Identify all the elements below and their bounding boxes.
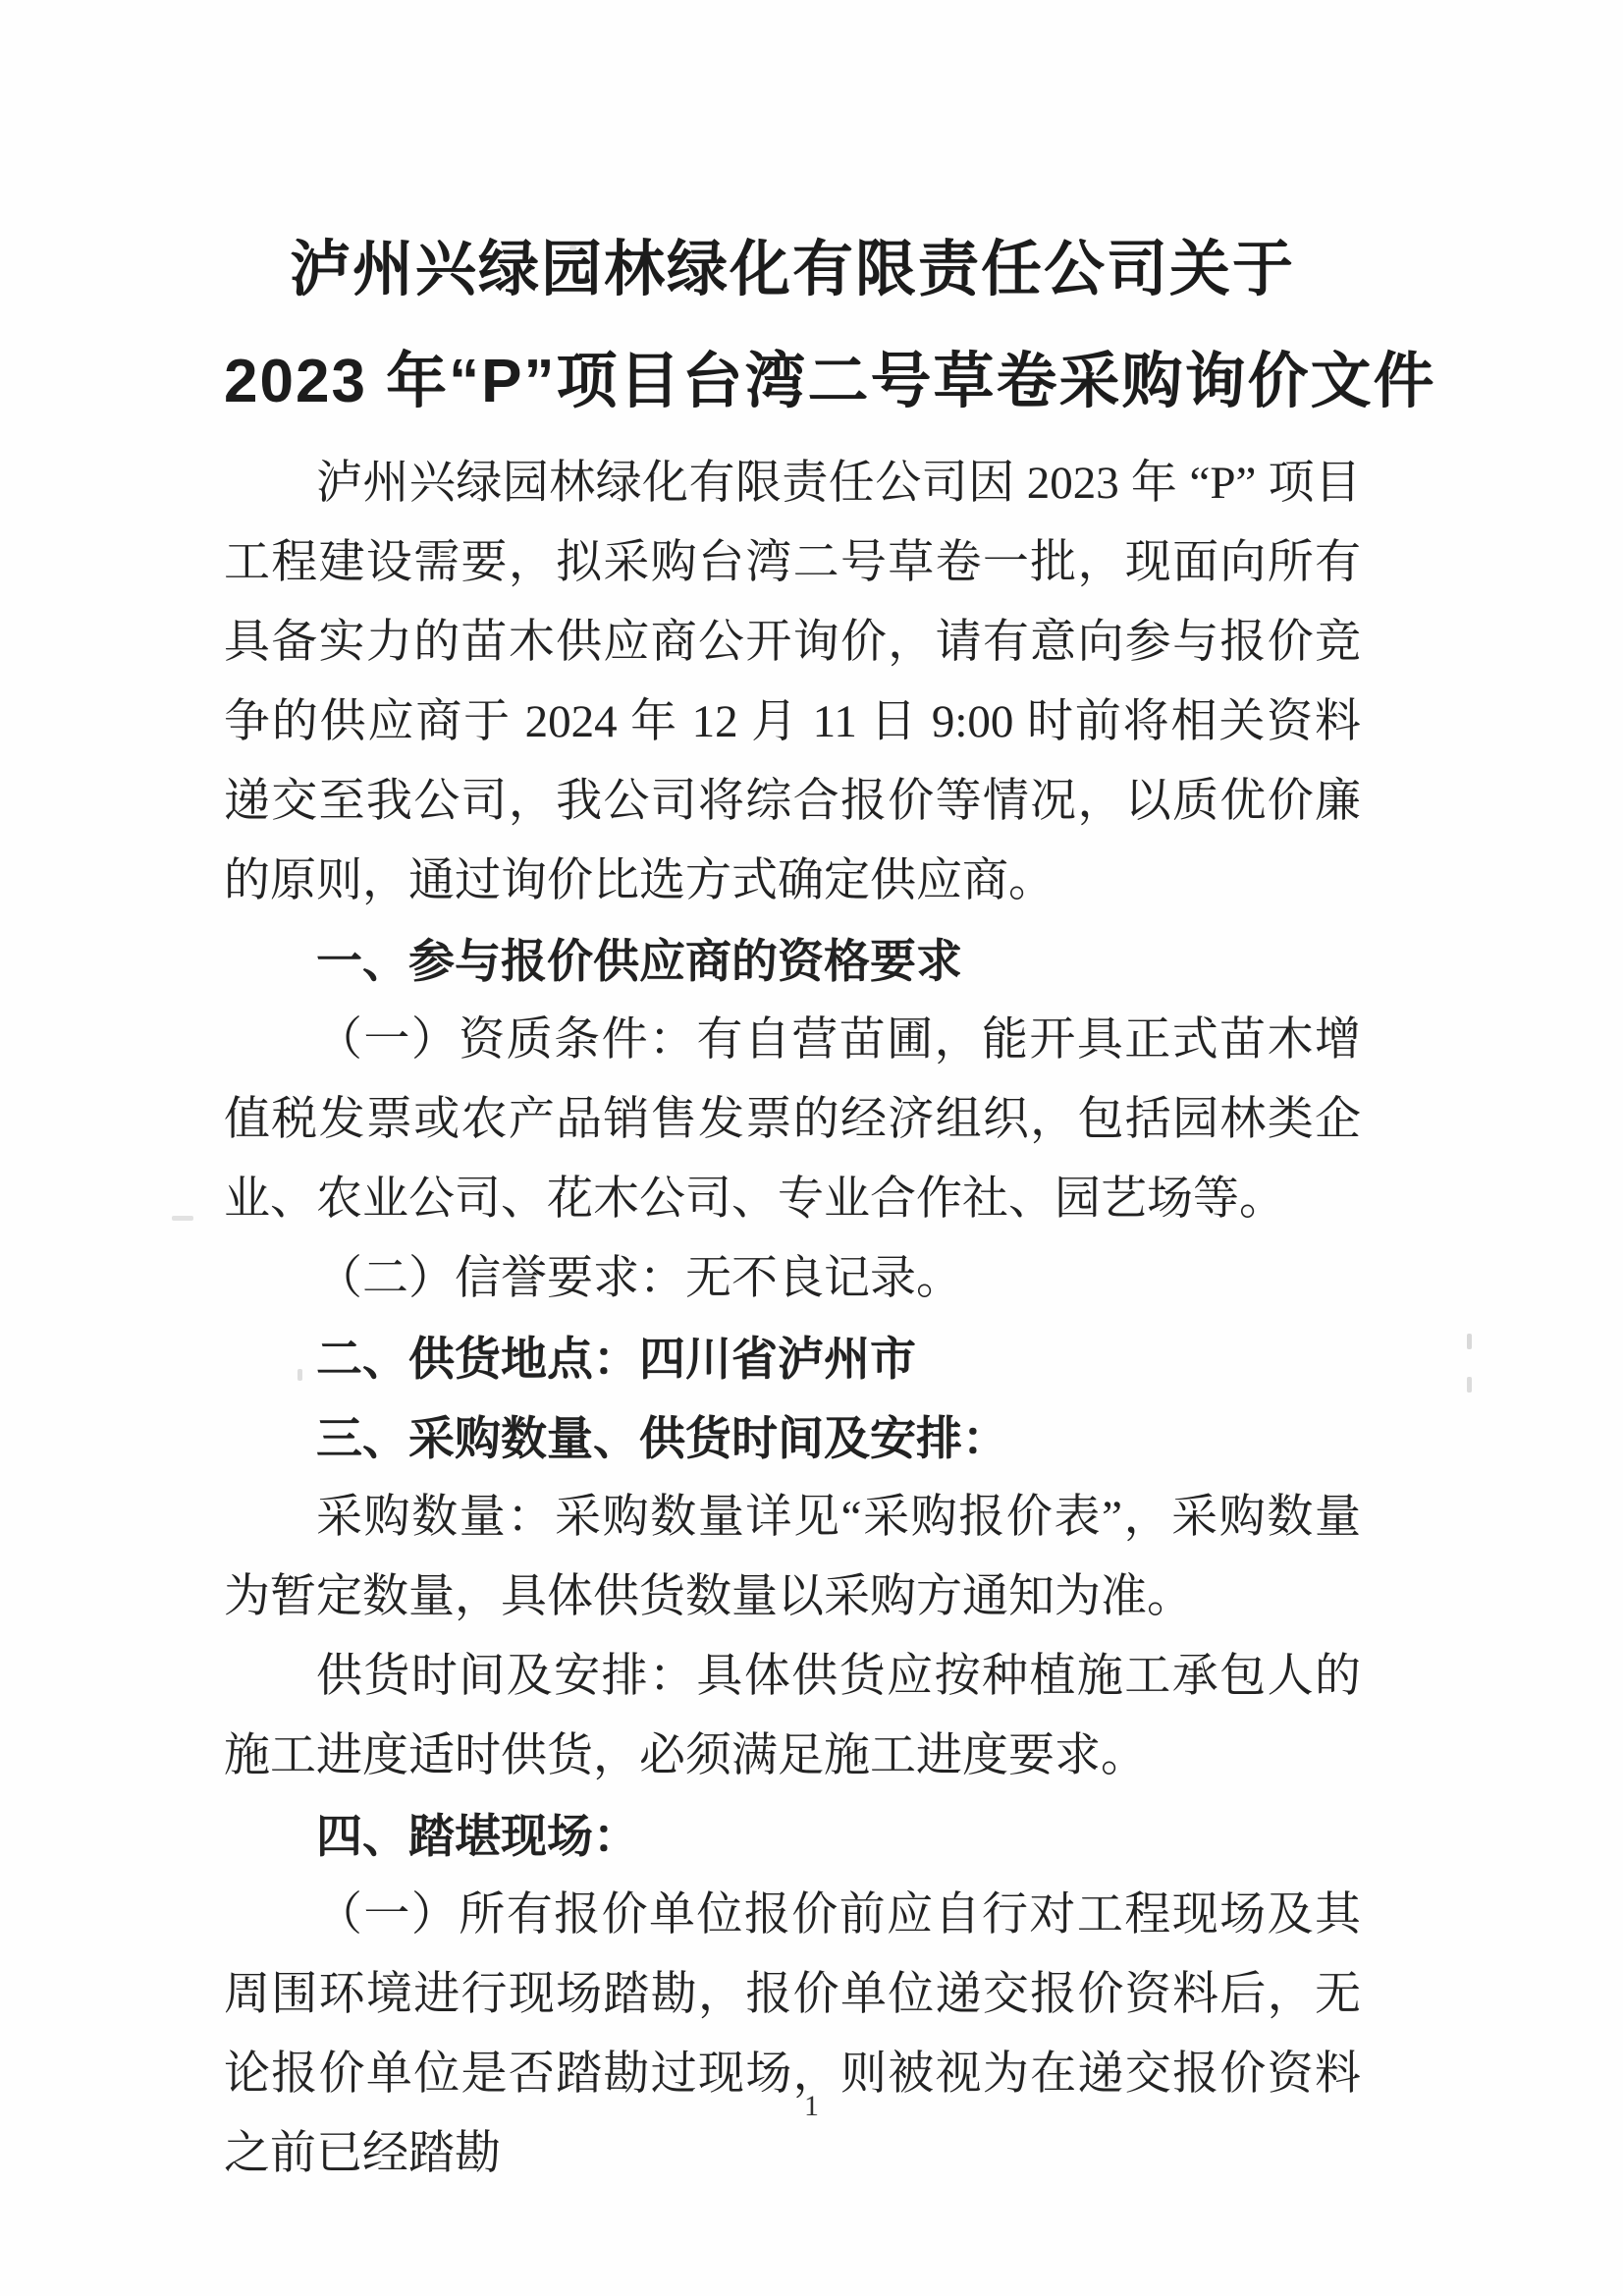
paragraph-qualification-1: （一）资质条件：有自营苗圃，能开具正式苗木增值税发票或农产品销售发票的经济组织，… <box>224 1001 1361 1239</box>
scan-artifact-speck <box>1467 1377 1472 1393</box>
document-title-line-1: 泸州兴绿园林绿化有限责任公司关于 <box>224 214 1361 326</box>
section-heading-site-visit: 四、踏堪现场： <box>224 1796 1361 1876</box>
paragraph-intro: 泸州兴绿园林绿化有限责任公司因 2023 年 “P” 项目工程建设需要，拟采购台… <box>224 444 1361 921</box>
paragraph-delivery-schedule: 供货时间及安排：具体供货应按种植施工承包人的施工进度适时供货，必须满足施工进度要… <box>224 1637 1361 1796</box>
section-heading-quantity: 三、采购数量、供货时间及安排： <box>224 1398 1361 1478</box>
scan-artifact-speck <box>172 1216 193 1221</box>
scan-artifact-speck <box>1467 1334 1472 1349</box>
section-heading-qualifications: 一、参与报价供应商的资格要求 <box>224 921 1361 1001</box>
paragraph-qualification-2: （二）信誉要求：无不良记录。 <box>224 1239 1361 1319</box>
document-page: 泸州兴绿园林绿化有限责任公司关于 2023 年“P”项目台湾二号草卷采购询价文件… <box>0 0 1623 2296</box>
page-number: 1 <box>0 2090 1623 2123</box>
document-title-line-2: 2023 年“P”项目台湾二号草卷采购询价文件 <box>224 326 1361 438</box>
paragraph-site-visit-1: （一）所有报价单位报价前应自行对工程现场及其周围环境进行现场踏勘，报价单位递交报… <box>224 1876 1361 2194</box>
scan-artifact-speck <box>569 246 576 251</box>
paragraph-quantity: 采购数量：采购数量详见“采购报价表”，采购数量为暂定数量，具体供货数量以采购方通… <box>224 1478 1361 1637</box>
section-heading-delivery-place: 二、供货地点：四川省泸州市 <box>224 1319 1361 1398</box>
document-title: 泸州兴绿园林绿化有限责任公司关于 2023 年“P”项目台湾二号草卷采购询价文件 <box>224 214 1361 438</box>
document-body: 泸州兴绿园林绿化有限责任公司因 2023 年 “P” 项目工程建设需要，拟采购台… <box>224 444 1361 2194</box>
scan-artifact-speck <box>298 1369 302 1381</box>
